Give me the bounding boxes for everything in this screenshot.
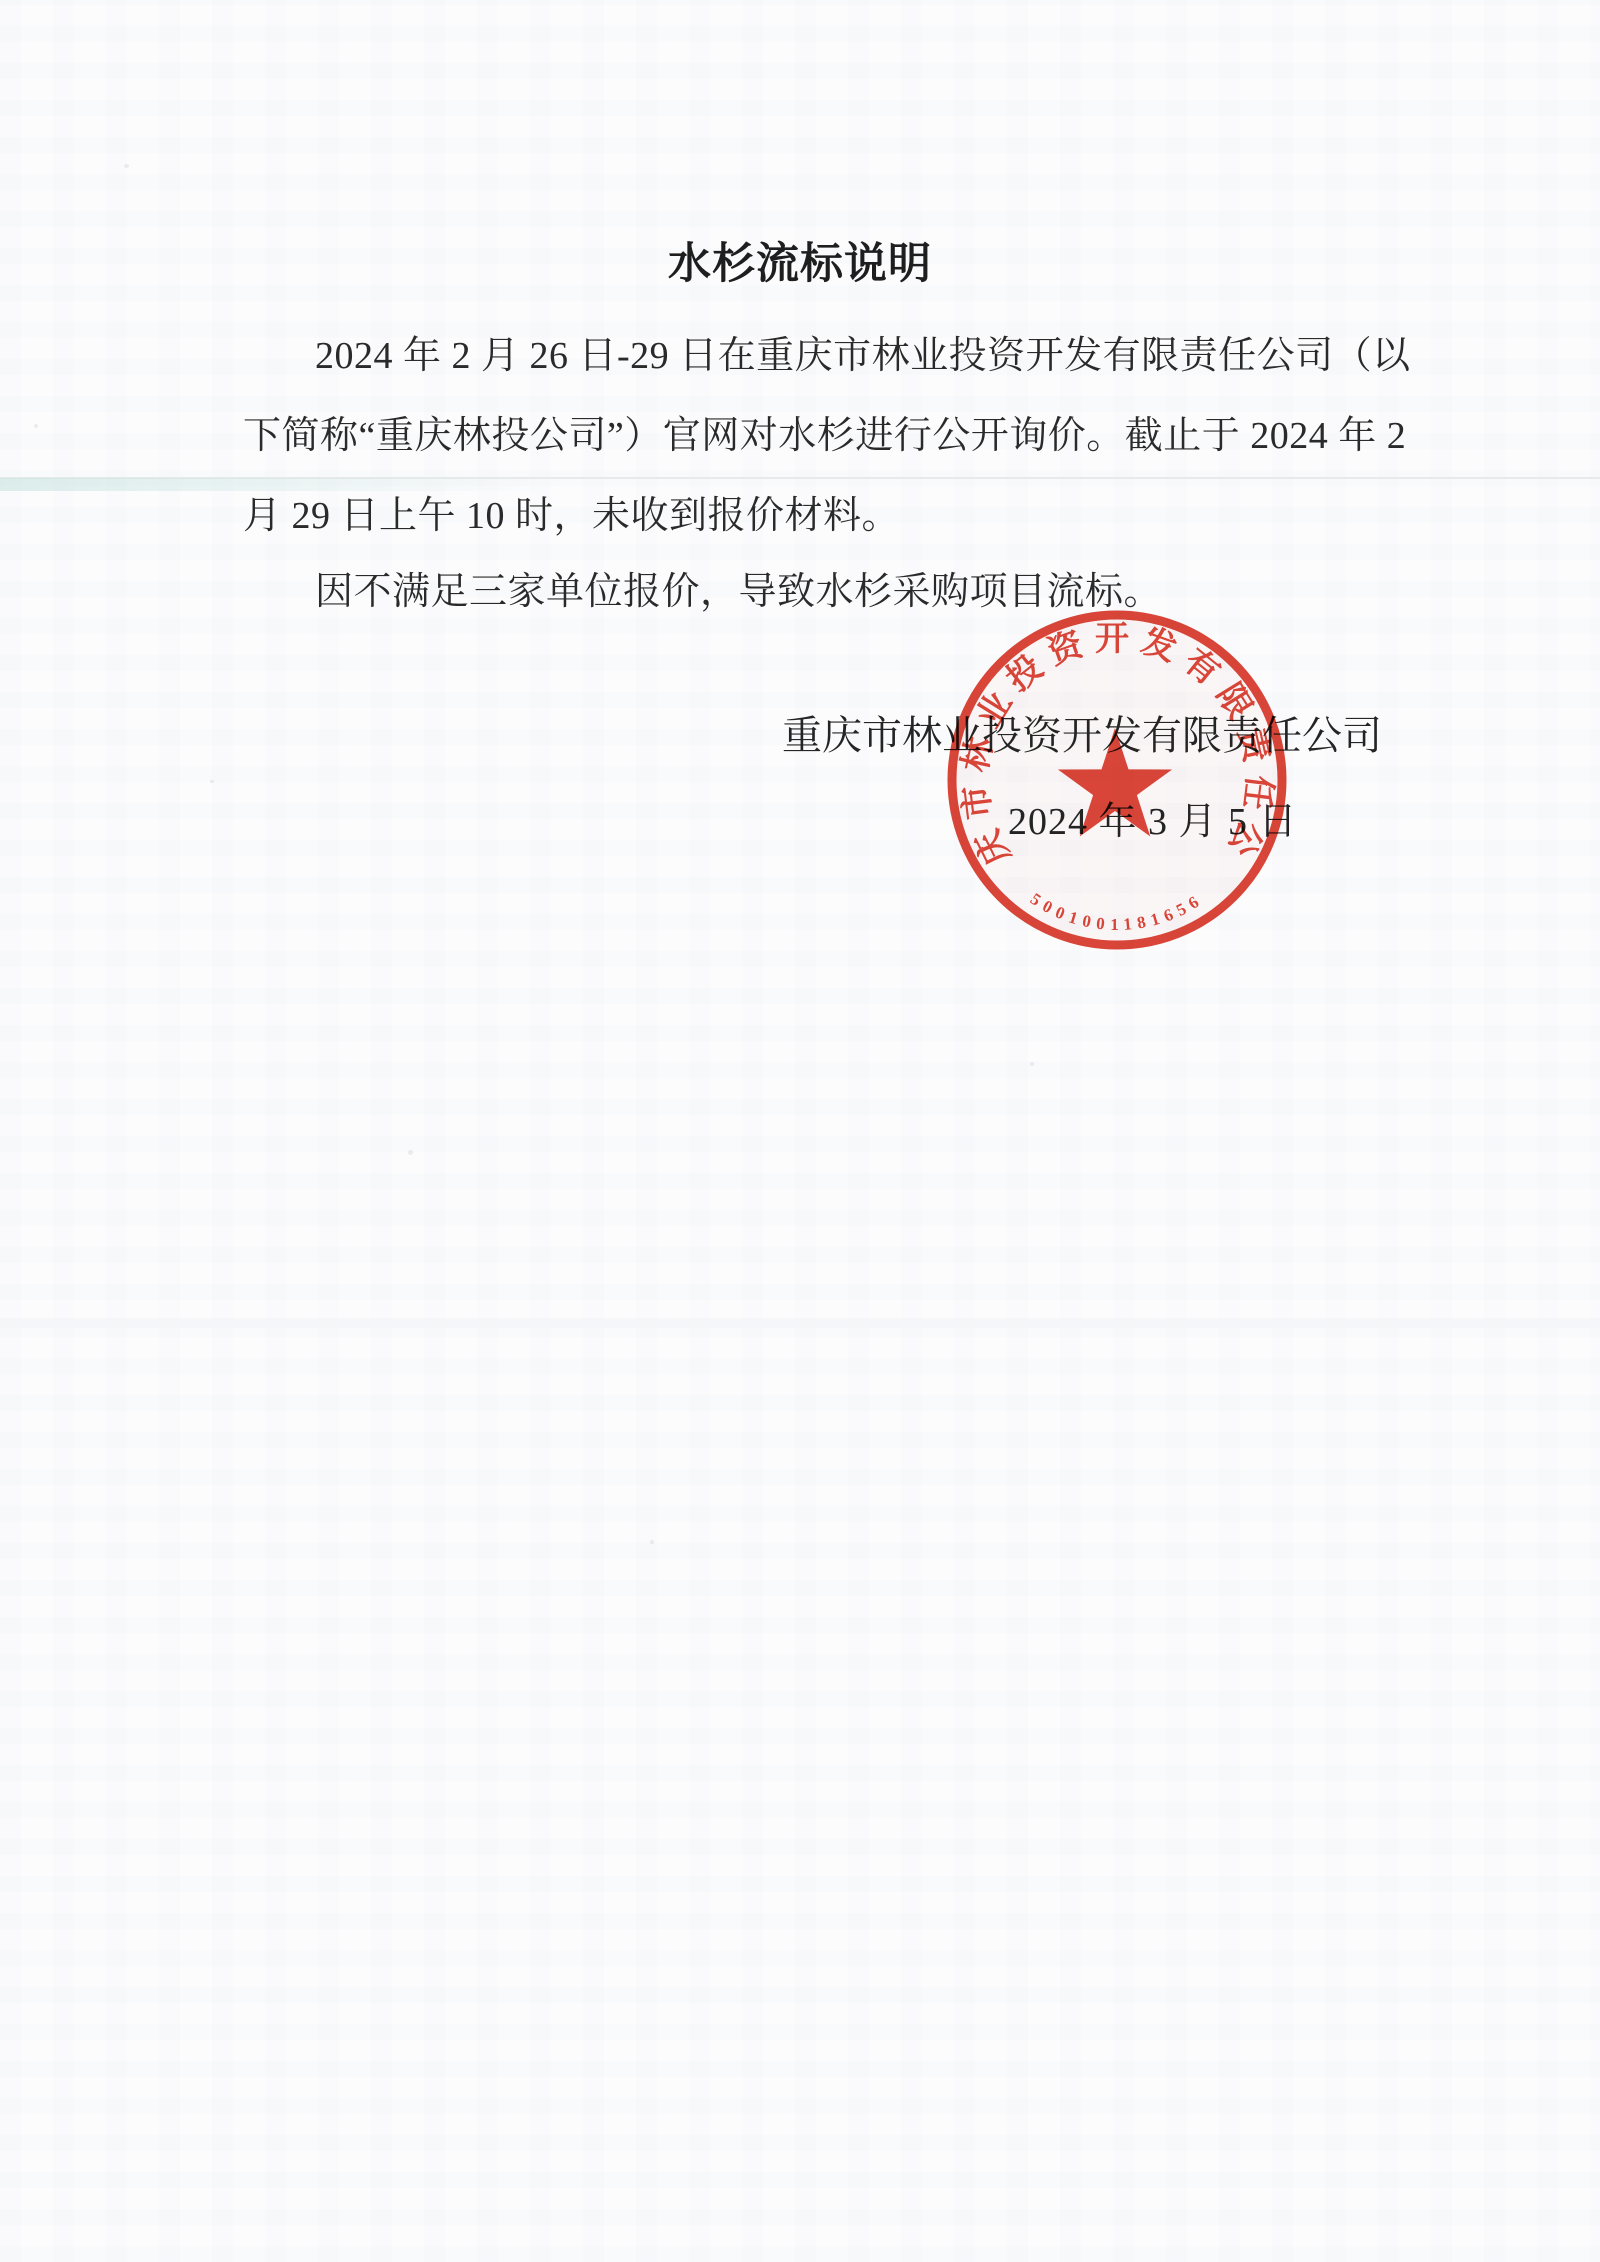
scanned-document-page: 水杉流标说明 2024 年 2 月 26 日-29 日在重庆市林业投资开发有限责… xyxy=(0,0,1600,2262)
scan-artifact-band-lower xyxy=(0,1318,1600,1328)
red-seal-stamp: 重庆市林业投资开发有限责任公司 5001001181656 xyxy=(945,608,1289,952)
scan-speck xyxy=(1030,1062,1034,1066)
paragraph-line-2: 下简称“重庆林投公司”）官网对水杉进行公开询价。截止于 2024 年 2 xyxy=(243,404,1406,459)
scan-speck xyxy=(210,780,214,783)
paragraph-line-4: 因不满足三家单位报价，导致水杉采购项目流标。 xyxy=(315,560,1162,615)
scan-speck xyxy=(34,424,38,428)
document-title: 水杉流标说明 xyxy=(0,230,1600,291)
scan-speck xyxy=(650,1540,654,1544)
paragraph-line-1: 2024 年 2 月 26 日-29 日在重庆市林业投资开发有限责任公司（以 xyxy=(315,324,1411,379)
stamp-graphic: 重庆市林业投资开发有限责任公司 5001001181656 xyxy=(945,608,1289,952)
scan-speck xyxy=(408,1150,413,1155)
scan-artifact-band xyxy=(0,478,560,491)
scan-speck xyxy=(124,164,129,168)
paragraph-line-3: 月 29 日上午 10 时，未收到报价材料。 xyxy=(243,484,900,539)
